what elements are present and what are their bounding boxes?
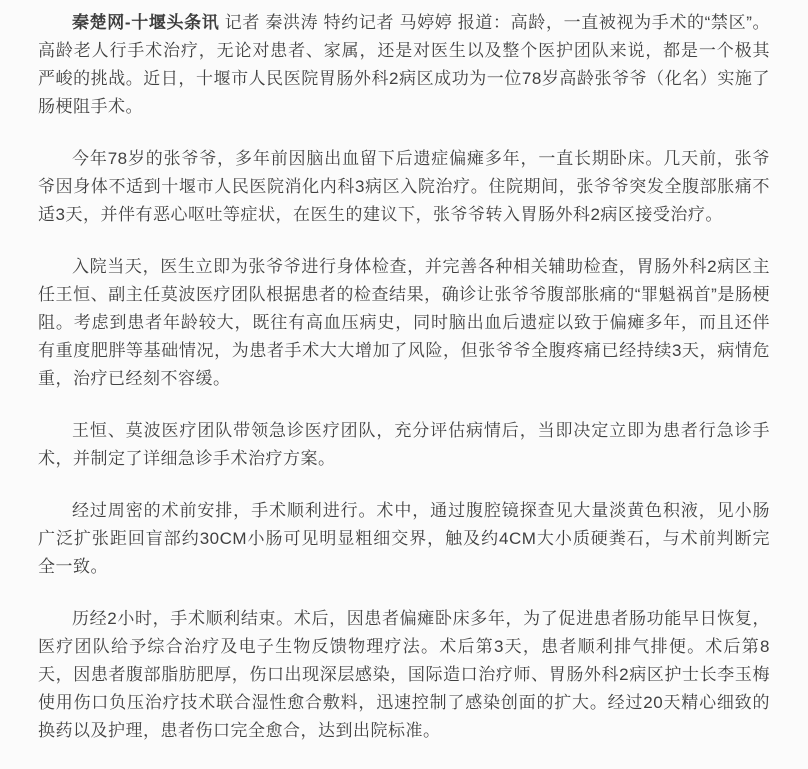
paragraph-lead: 秦楚网-十堰头条讯 记者 秦洪涛 特约记者 马婷婷 报道：高龄，一直被视为手术的… — [38, 9, 770, 121]
paragraph: 王恒、莫波医疗团队带领急诊医疗团队，充分评估病情后，当即决定立即为患者行急诊手术… — [38, 417, 770, 473]
news-source-label: 秦楚网-十堰头条讯 — [72, 13, 219, 32]
byline-text: 记者 秦洪涛 特约记者 马婷婷 报道： — [219, 13, 510, 32]
paragraph: 历经2小时，手术顺利结束。术后，因患者偏瘫卧床多年，为了促进患者肠功能早日恢复，… — [38, 605, 770, 745]
paragraph: 今年78岁的张爷爷，多年前因脑出血留下后遗症偏瘫多年，一直长期卧床。几天前，张爷… — [38, 145, 770, 229]
article-body: 秦楚网-十堰头条讯 记者 秦洪涛 特约记者 马婷婷 报道：高龄，一直被视为手术的… — [0, 0, 808, 761]
paragraph: 入院当天，医生立即为张爷爷进行身体检查，并完善各种相关辅助检查，胃肠外科2病区主… — [38, 253, 770, 393]
paragraph: 经过周密的术前安排，手术顺利进行。术中，通过腹腔镜探查见大量淡黄色积液，见小肠广… — [38, 497, 770, 581]
